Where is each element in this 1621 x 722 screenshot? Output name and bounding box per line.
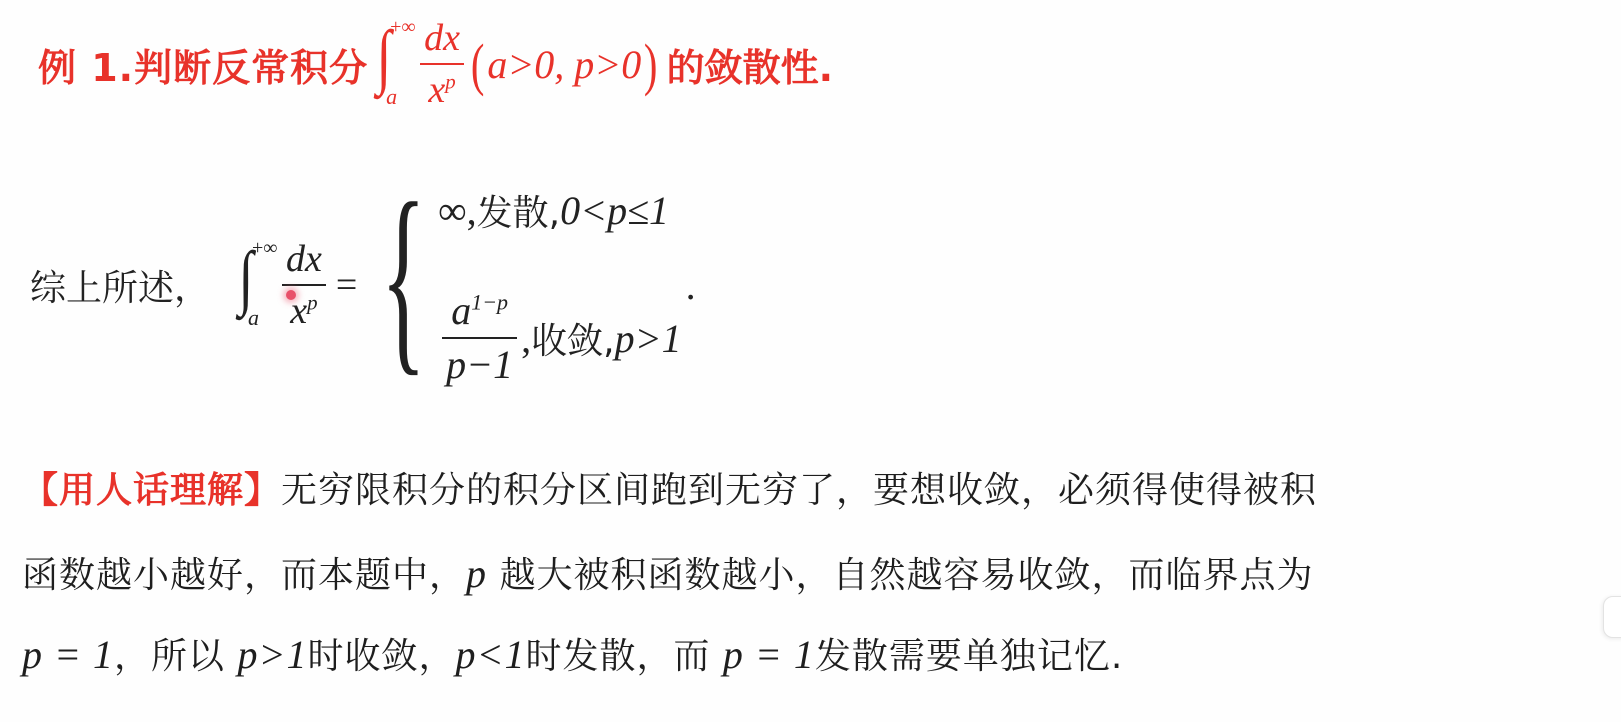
fraction-denominator: xp [424, 71, 459, 109]
denominator-base: x [428, 69, 445, 111]
case-condition: 0<p≤1 [560, 187, 669, 234]
example-title: 例 1.判断反常积分 ∫ +∞ a dx xp ( a>0, p>0 ) 的敛散… [38, 14, 833, 114]
close-paren: ) [644, 31, 658, 98]
equals-sign: = [336, 263, 357, 307]
math-p-less-1: p<1 [455, 632, 525, 677]
integral-lower-limit: a [248, 305, 259, 331]
denominator-exponent: p [445, 69, 455, 93]
integral-upper-limit: +∞ [390, 16, 416, 39]
open-paren: ( [471, 31, 485, 98]
laser-pointer-dot [286, 290, 296, 300]
case-divergent: ∞ , 发散, 0<p≤1 [438, 185, 681, 236]
fraction-numerator: dx [282, 240, 326, 278]
explanation-text: ，所以 [114, 636, 237, 677]
explanation-text: 越大被积函数越小，自然越容易收敛，而临界点为 [487, 555, 1313, 596]
fraction-numerator: dx [420, 19, 464, 57]
summary-integral: ∫ +∞ a [230, 235, 278, 335]
integral-expression: ∫ +∞ a [368, 14, 416, 114]
denominator-exponent: p [307, 290, 317, 314]
explanation-text: 时发散，而 [525, 636, 722, 677]
variable-p: p [466, 551, 487, 596]
explanation-line-2: 函数越小越好，而本题中，p 越大被积函数越小，自然越容易收敛，而临界点为 [22, 547, 1313, 598]
math-p-greater-1: p>1 [237, 632, 307, 677]
example-suffix: 的敛散性. [667, 37, 833, 92]
case-separator: , [467, 187, 477, 234]
case-value-fraction: a1−p p−1 [442, 291, 517, 385]
case-value: ∞ [438, 187, 467, 234]
case-text: 发散, [477, 185, 560, 236]
case-text: 收敛, [531, 313, 614, 364]
condition-text: a>0, p>0 [487, 41, 641, 88]
explanation-line-1: 【用人话理解】无穷限积分的积分区间跑到无穷了，要想收敛，必须得使得被积 [22, 462, 1317, 513]
numerator-exponent: 1−p [471, 290, 508, 315]
edge-popup-card[interactable] [1603, 596, 1621, 638]
explanation-text: 无穷限积分的积分区间跑到无穷了，要想收敛，必须得使得被积 [281, 470, 1317, 511]
math-p-equals-1: p = 1 [22, 632, 114, 677]
math-p-equals-1: p = 1 [723, 632, 815, 677]
case-condition: p>1 [615, 315, 682, 362]
integrand-fraction: dx xp [282, 240, 326, 330]
summary-line: 综上所述， ∫ +∞ a dx xp = { ∞ , 发散, 0<p≤1 a1−… [30, 175, 696, 395]
fraction-bar [442, 337, 517, 339]
fraction-bar [420, 63, 464, 65]
numerator-base: a [451, 288, 471, 333]
explanation-tag: 【用人话理解】 [22, 470, 281, 511]
piecewise-cases: ∞ , 发散, 0<p≤1 a1−p p−1 , 收敛, p>1 [438, 185, 681, 385]
explanation-line-3: p = 1，所以 p>1时收敛，p<1时发散，而 p = 1发散需要单独记忆. [22, 628, 1123, 679]
summary-end-period: . [686, 262, 696, 309]
integral-lower-limit: a [386, 84, 397, 110]
left-brace-icon: { [381, 172, 426, 382]
explanation-text: 发散需要单独记忆. [815, 636, 1123, 677]
case-numerator: a1−p [447, 291, 512, 331]
explanation-text: 时收敛， [307, 636, 455, 677]
fraction-bar [282, 284, 326, 286]
case-convergent: a1−p p−1 , 收敛, p>1 [438, 291, 681, 385]
example-label: 例 1.判断反常积分 [38, 37, 368, 92]
summary-lead: 综上所述， [30, 260, 210, 311]
integrand-fraction: dx xp [420, 19, 464, 109]
integral-upper-limit: +∞ [252, 237, 278, 260]
case-denominator: p−1 [442, 345, 517, 385]
explanation-text: 函数越小越好，而本题中， [22, 555, 466, 596]
case-separator: , [521, 315, 531, 362]
